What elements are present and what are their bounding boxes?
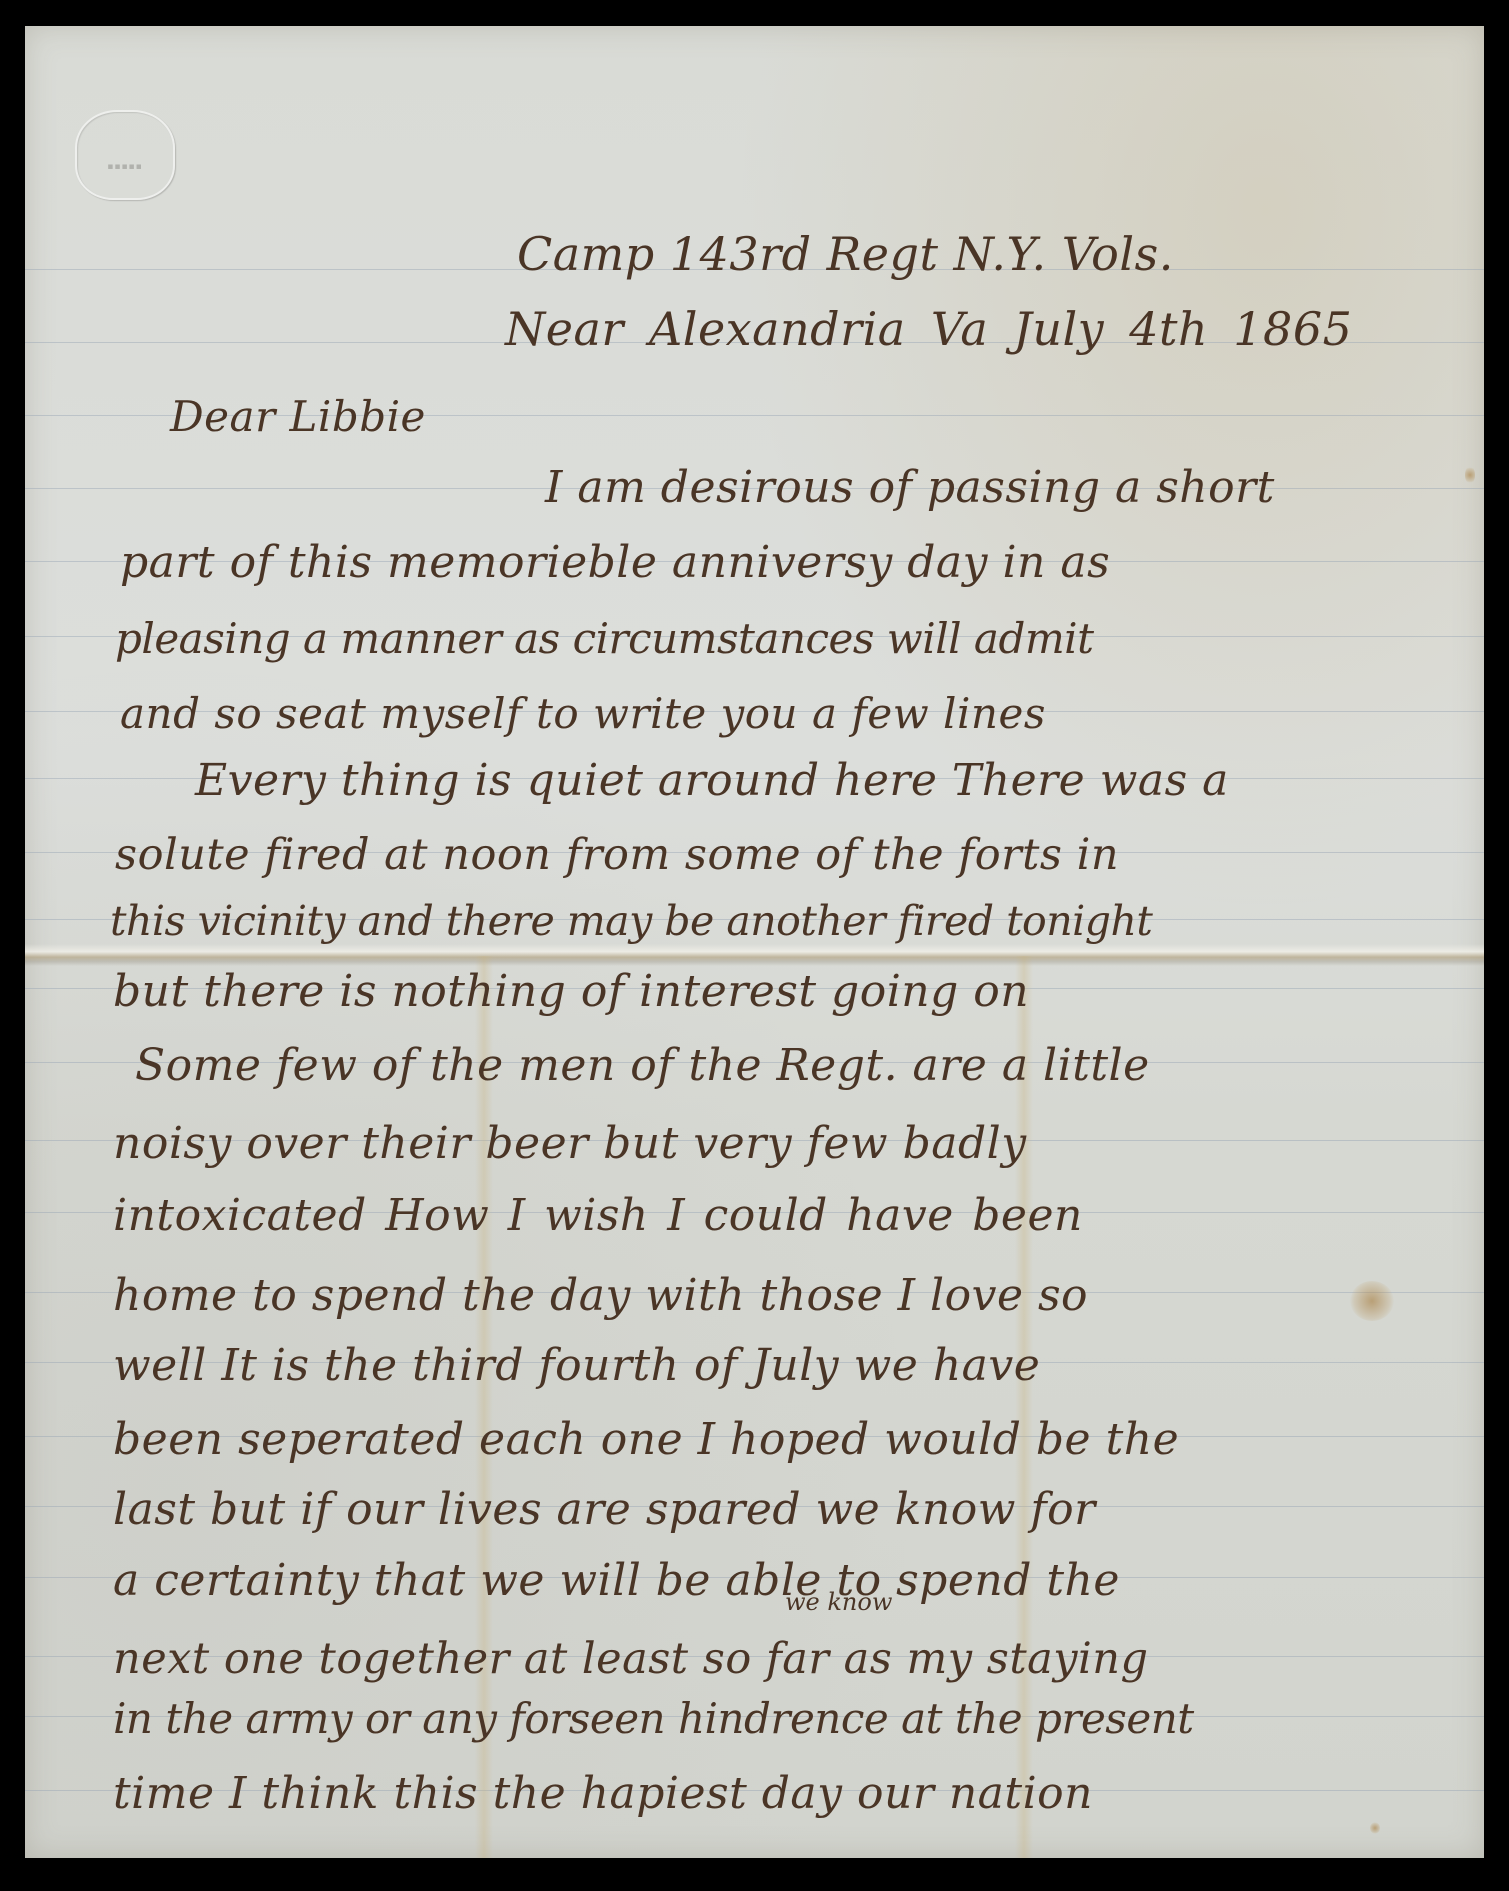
body-line: Some few of the men of the Regt. are a l… (135, 1044, 1150, 1088)
heading-camp: Camp 143rd Regt N.Y. Vols. (517, 231, 1174, 277)
embossed-stamp-icon: ▪▪▪▪▪ (75, 110, 175, 200)
body-line: intoxicated How I wish I could have been (113, 1194, 1083, 1238)
body-line: solute fired at noon from some of the fo… (115, 834, 1119, 877)
body-line: part of this memorieble anniversy day in… (120, 541, 1110, 585)
body-line: home to spend the day with those I love … (113, 1274, 1088, 1318)
body-line: in the army or any forseen hindrence at … (113, 1698, 1194, 1740)
body-line: I am desirous of passing a short (545, 466, 1275, 510)
ink-stain (1350, 1281, 1394, 1321)
body-line: pleasing a manner as circumstances will … (115, 618, 1093, 660)
body-line: next one together at least so far as my … (113, 1638, 1149, 1681)
body-line: a certainty that we will be able to spen… (113, 1559, 1120, 1603)
body-line: Every thing is quiet around here There w… (195, 759, 1229, 803)
body-line: last but if our lives are spared we know… (113, 1488, 1096, 1532)
ink-stain (1465, 466, 1475, 484)
body-line: but there is nothing of interest going o… (113, 970, 1029, 1014)
heading-place-date: Near Alexandria Va July 4th 1865 (505, 306, 1352, 352)
interlinear-insertion: we know (785, 1588, 892, 1616)
ink-stain (1370, 1822, 1380, 1834)
body-line: been seperated each one I hoped would be… (113, 1418, 1179, 1462)
body-line: time I think this the hapiest day our na… (113, 1772, 1093, 1816)
salutation: Dear Libbie (170, 396, 426, 438)
letter-paper: ▪▪▪▪▪ Camp 143rd Regt N.Y. Vols. Near Al… (25, 26, 1484, 1858)
body-line: well It is the third fourth of July we h… (113, 1344, 1040, 1388)
body-line: and so seat myself to write you a few li… (120, 693, 1046, 735)
body-line: this vicinity and there may be another f… (110, 901, 1152, 942)
body-line: noisy over their beer but very few badly (113, 1122, 1027, 1166)
horizontal-fold (25, 944, 1484, 966)
